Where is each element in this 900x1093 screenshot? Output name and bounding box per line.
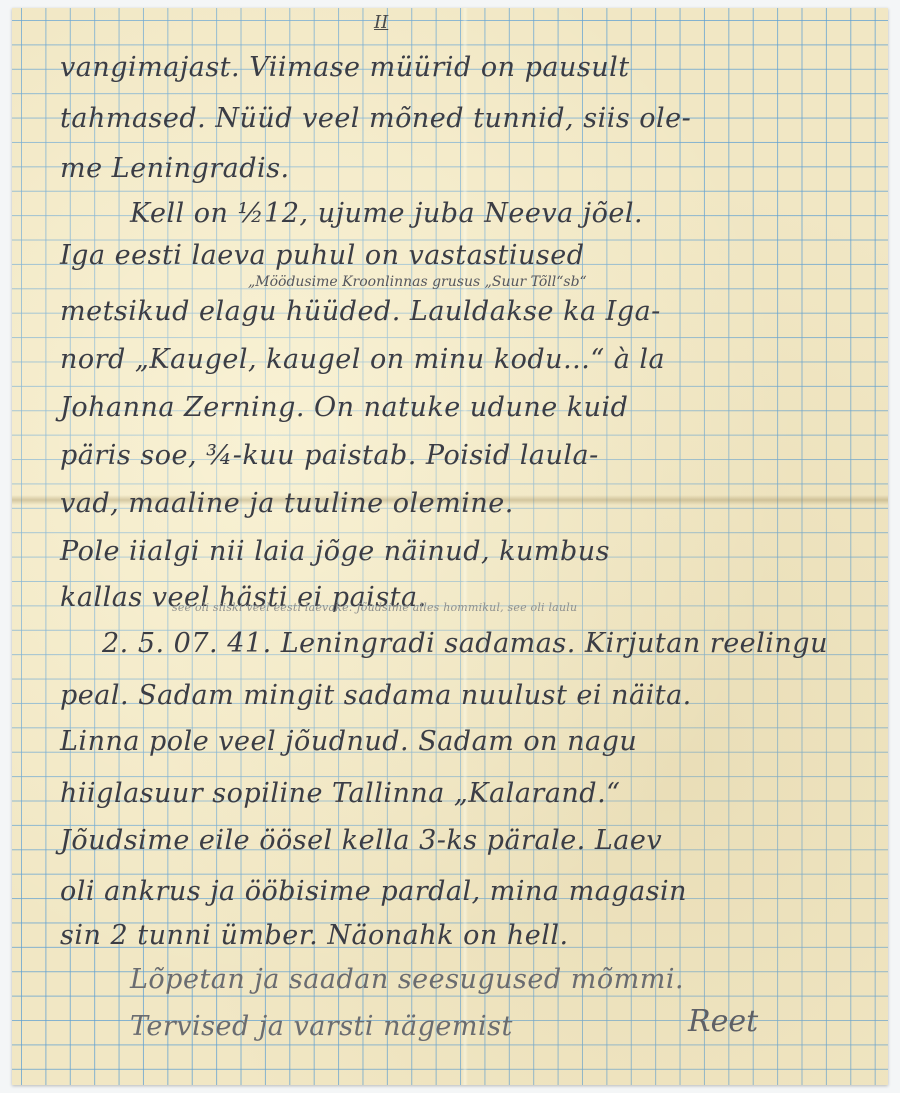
- page-number-marker: II: [374, 12, 388, 33]
- letter-line-20: Lõpetan ja saadan seesugused mõmmi.: [130, 964, 684, 995]
- letter-line-13: 2. 5. 07. 41. Leningradi sadamas. Kirjut…: [102, 628, 828, 659]
- letter-line-6: metsikud elagu hüüded. Lauldakse ka Iga-: [60, 296, 661, 327]
- letter-page: II vangimajast. Viimase müürid on pausul…: [12, 8, 888, 1085]
- faint-pencil-note: see oli siiski veel eesti laevake. Jõuds…: [172, 601, 577, 614]
- letter-line-14: peal. Sadam mingit sadama nuulust ei näi…: [60, 680, 692, 711]
- letter-line-18: oli ankrus ja ööbisime pardal, mina maga…: [60, 876, 687, 907]
- letter-line-21: Tervised ja varsti nägemist: [130, 1011, 513, 1042]
- letter-line-17: Jõudsime eile öösel kella 3-ks pärale. L…: [60, 825, 662, 856]
- letter-line-5: Iga eesti laeva puhul on vastastiused: [60, 240, 585, 271]
- letter-line-3: me Leningradis.: [60, 153, 290, 184]
- letter-line-7: nord „Kaugel, kaugel on minu kodu...“ à …: [60, 344, 665, 375]
- letter-line-10: vad, maaline ja tuuline olemine.: [60, 488, 514, 519]
- letter-line-2: tahmased. Nüüd veel mõned tunnid, siis o…: [60, 103, 691, 134]
- signature: Reet: [688, 1004, 758, 1039]
- letter-line-15: Linna pole veel jõudnud. Sadam on nagu: [60, 726, 637, 757]
- letter-line-1: vangimajast. Viimase müürid on pausult: [60, 52, 630, 83]
- letter-line-16: hiiglasuur sopiline Tallinna „Kalarand.“: [60, 778, 620, 809]
- letter-line-19: sin 2 tunni ümber. Näonahk on hell.: [60, 920, 569, 951]
- letter-line-9: päris soe, ¾-kuu paistab. Poisid laula-: [60, 440, 599, 471]
- letter-line-11: Pole iialgi nii laia jõge näinud, kumbus: [60, 536, 610, 567]
- letter-line-4: Kell on ½12, ujume juba Neeva jõel.: [130, 198, 643, 229]
- letter-line-8: Johanna Zerning. On natuke udune kuid: [60, 392, 628, 423]
- interlinear-note: „Möödusime Kroonlinnas grusus „Suur Tõll…: [248, 274, 587, 290]
